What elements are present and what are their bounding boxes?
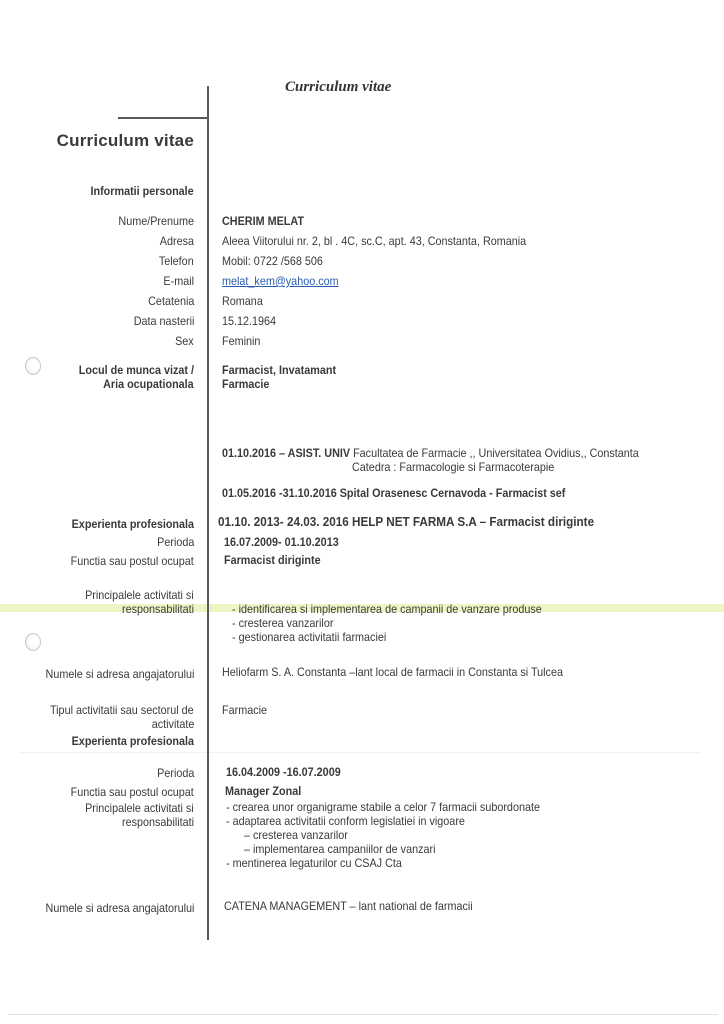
activity-item: - adaptarea activitatii conform legislat… bbox=[226, 814, 465, 828]
field-value-sex: Feminin bbox=[222, 334, 260, 348]
title-rule bbox=[118, 117, 208, 119]
target-job-label: Locul de munca vizat / bbox=[79, 363, 194, 377]
field-label-email: E-mail bbox=[163, 274, 194, 288]
activity-item: - mentinerea legaturilor cu CSAJ Cta bbox=[226, 856, 402, 870]
recent-position-1-desc: Facultatea de Farmacie ,, Universitatea … bbox=[350, 446, 639, 460]
field-label-birthdate: Data nasterii bbox=[133, 314, 194, 328]
activity-item: - identificarea si implementarea de camp… bbox=[232, 602, 542, 616]
sector-label: Tipul activitatii sau sectorul de bbox=[50, 703, 194, 717]
recent-position-1-department: Catedra : Farmacologie si Farmacoterapie bbox=[352, 460, 554, 474]
column-divider bbox=[207, 86, 209, 940]
employer-label-2: Numele si adresa angajatorului bbox=[45, 901, 194, 915]
employer-value-2: CATENA MANAGEMENT – lant national de far… bbox=[224, 899, 473, 913]
position-label: Functia sau postul ocupat bbox=[71, 554, 194, 568]
activities-label-b: Principalele activitati si bbox=[85, 801, 194, 815]
employer-label: Numele si adresa angajatorului bbox=[45, 667, 194, 681]
recent-position-3: 01.10. 2013- 24.03. 2016 HELP NET FARMA … bbox=[218, 515, 594, 529]
activities-label-2: responsabilitati bbox=[122, 602, 194, 616]
field-label-name: Nume/Prenume bbox=[118, 214, 194, 228]
email-link[interactable]: melat_kem@yahoo.com bbox=[222, 274, 339, 288]
punch-hole-icon bbox=[25, 357, 41, 375]
page-header-title: Curriculum vitae bbox=[285, 79, 391, 96]
faint-scan-line bbox=[20, 752, 700, 753]
sector-label-2: activitate bbox=[151, 717, 194, 731]
field-label-sex: Sex bbox=[175, 334, 194, 348]
employer-value: Heliofarm S. A. Constanta –lant local de… bbox=[222, 665, 563, 679]
activity-subitem: – implementarea campaniilor de vanzari bbox=[244, 842, 436, 856]
target-job-label-2: Aria ocupationala bbox=[103, 377, 194, 391]
punch-hole-icon bbox=[25, 633, 41, 651]
field-value-name: CHERIM MELAT bbox=[222, 214, 304, 228]
field-value-phone: Mobil: 0722 /568 506 bbox=[222, 254, 323, 268]
cv-title: Curriculum vitae bbox=[57, 131, 194, 151]
recent-position-1-date: 01.10.2016 – ASIST. UNIV bbox=[222, 446, 350, 460]
recent-position-1: 01.10.2016 – ASIST. UNIV Facultatea de F… bbox=[222, 446, 639, 460]
activity-subitem: – cresterea vanzarilor bbox=[244, 828, 348, 842]
position-value: Farmacist diriginte bbox=[224, 553, 321, 567]
section-experience-2: Experienta profesionala bbox=[72, 734, 194, 748]
activity-item: - gestionarea activitatii farmaciei bbox=[232, 630, 386, 644]
sector-value: Farmacie bbox=[222, 703, 267, 717]
section-personal-info: Informatii personale bbox=[91, 184, 194, 198]
activity-item: - cresterea vanzarilor bbox=[232, 616, 333, 630]
period-label: Perioda bbox=[157, 535, 194, 549]
period-label-2: Perioda bbox=[157, 766, 194, 780]
recent-position-2: 01.05.2016 -31.10.2016 Spital Orasenesc … bbox=[222, 486, 565, 500]
position-label-2: Functia sau postul ocupat bbox=[71, 785, 194, 799]
field-label-citizenship: Cetatenia bbox=[148, 294, 194, 308]
field-label-phone: Telefon bbox=[159, 254, 194, 268]
period-value-2: 16.04.2009 -16.07.2009 bbox=[226, 765, 341, 779]
field-label-address: Adresa bbox=[160, 234, 194, 248]
target-job-value: Farmacist, Invatamant bbox=[222, 363, 336, 377]
position-value-2: Manager Zonal bbox=[225, 784, 301, 798]
section-experience: Experienta profesionala bbox=[72, 517, 194, 531]
period-value: 16.07.2009- 01.10.2013 bbox=[224, 535, 339, 549]
activities-label-b2: responsabilitati bbox=[122, 815, 194, 829]
page-edge-line bbox=[8, 1014, 718, 1015]
field-value-birthdate: 15.12.1964 bbox=[222, 314, 276, 328]
field-value-citizenship: Romana bbox=[222, 294, 263, 308]
activities-label: Principalele activitati si bbox=[85, 588, 194, 602]
activity-item: - crearea unor organigrame stabile a cel… bbox=[226, 800, 540, 814]
field-value-address: Aleea Viitorului nr. 2, bl . 4C, sc.C, a… bbox=[222, 234, 526, 248]
target-job-value-2: Farmacie bbox=[222, 377, 269, 391]
